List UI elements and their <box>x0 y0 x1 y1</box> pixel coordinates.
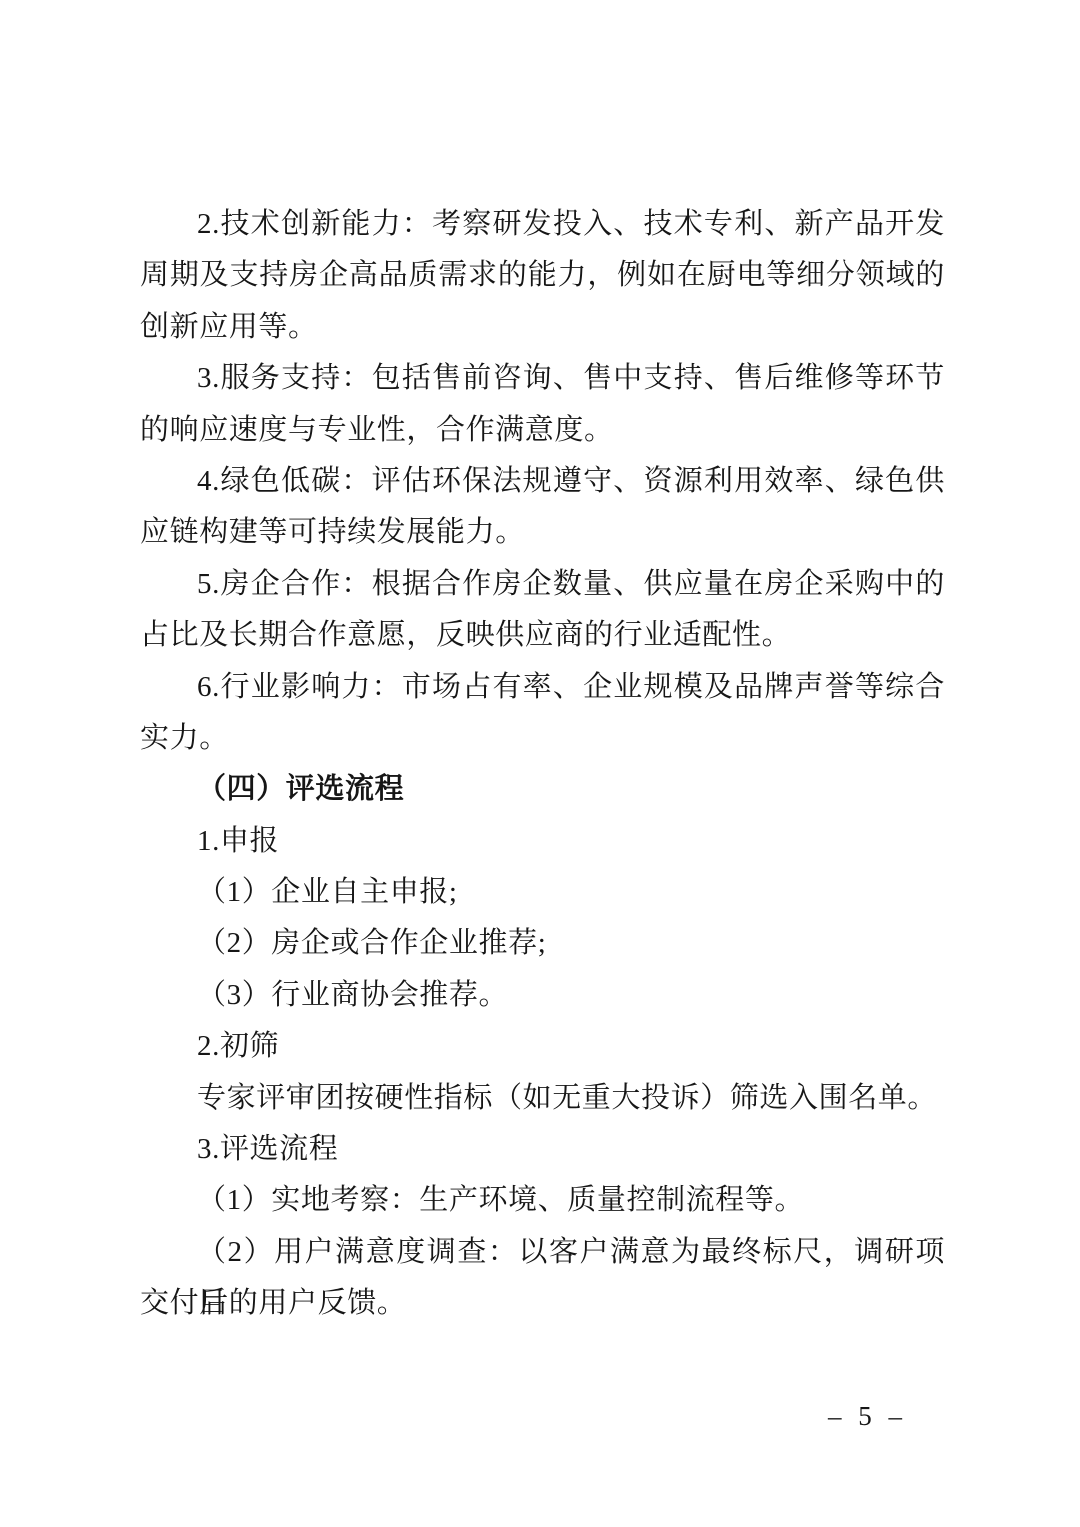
text-line: 4.绿色低碳：评估环保法规遵守、资源利用效率、绿色供 <box>140 456 945 507</box>
section-heading-4: （四）评选流程 <box>140 764 945 815</box>
list-item: （1）企业自主申报; <box>140 867 945 918</box>
text-line: 3.评选流程 <box>140 1124 945 1175</box>
list-item: （2）房企或合作企业推荐; <box>140 918 945 969</box>
text-line: 5.房企合作：根据合作房企数量、供应量在房企采购中的 <box>140 559 945 610</box>
text-line: 3.服务支持：包括售前咨询、售中支持、售后维修等环节 <box>140 353 945 404</box>
list-item: （1）实地考察：生产环境、质量控制流程等。 <box>140 1175 945 1226</box>
list-item: （3）行业商协会推荐。 <box>140 970 945 1021</box>
document-page: 2.技术创新能力：考察研发投入、技术专利、新产品开发 周期及支持房企高品质需求的… <box>0 0 1080 1527</box>
text-line: 周期及支持房企高品质需求的能力，例如在厨电等细分领域的 <box>140 250 945 301</box>
page-number: – 5 – <box>828 1399 907 1433</box>
text-line: 实力。 <box>140 713 945 764</box>
text-line: 专家评审团按硬性指标（如无重大投诉）筛选入围名单。 <box>140 1073 945 1124</box>
text-line: 的响应速度与专业性，合作满意度。 <box>140 405 945 456</box>
text-line: 占比及长期合作意愿，反映供应商的行业适配性。 <box>140 610 945 661</box>
document-body: 2.技术创新能力：考察研发投入、技术专利、新产品开发 周期及支持房企高品质需求的… <box>140 199 945 1330</box>
text-line: 交付后的用户反馈。 <box>140 1278 945 1329</box>
text-line: 2.初筛 <box>140 1021 945 1072</box>
text-line: 6.行业影响力：市场占有率、企业规模及品牌声誉等综合 <box>140 662 945 713</box>
list-item: （2）用户满意度调查：以客户满意为最终标尺，调研项目 <box>140 1227 945 1278</box>
text-line: 2.技术创新能力：考察研发投入、技术专利、新产品开发 <box>140 199 945 250</box>
text-line: 应链构建等可持续发展能力。 <box>140 507 945 558</box>
text-line: 创新应用等。 <box>140 302 945 353</box>
text-line: 1.申报 <box>140 816 945 867</box>
